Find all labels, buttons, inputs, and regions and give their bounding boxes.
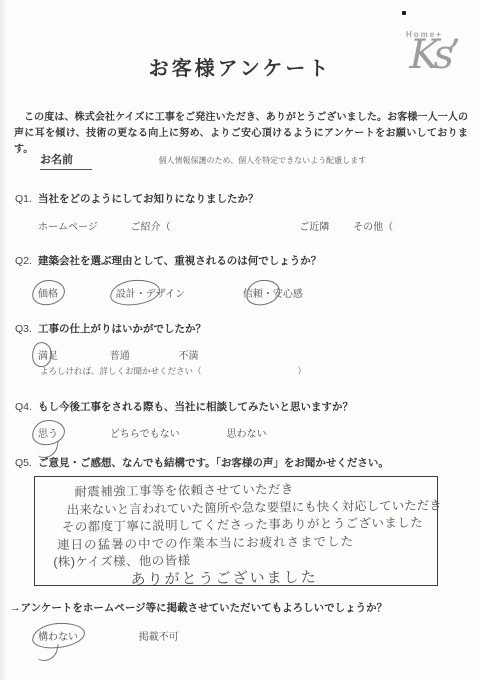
question-1-options: ホームページ ご紹介（ ご近隣 その他（ <box>38 218 393 233</box>
option-homepage: ホームページ <box>38 218 98 233</box>
question-3-detail-note: よろしければ、詳しくお聞かせください（） <box>40 365 306 377</box>
comment-line: ありがとうございました <box>130 567 437 588</box>
publish-permission-options: 構わない 掲載不可 <box>38 628 179 643</box>
option-publish-no: 掲載不可 <box>139 628 179 643</box>
question-5: Q5.ご意見・ご感想、なんでも結構です。「お客様の声」をお聞かせください。 <box>15 455 475 470</box>
question-2: Q2.建築会社を選ぶ理由として、重視されるのは何でしょうか？ <box>15 253 475 268</box>
question-2-id: Q2. <box>15 255 38 267</box>
question-1: Q1.当社をどのようにしてお知りになりましたか？ <box>15 191 475 206</box>
option-normal: 普通 <box>110 347 130 362</box>
option-neighborhood: ご近隣 <box>299 218 329 233</box>
question-4-text: もし今後工事をされる際も、当社に相談してみたいと思いますか？ <box>38 401 353 413</box>
question-1-text: 当社をどのようにしてお知りになりましたか？ <box>38 193 259 205</box>
question-2-text: 建築会社を選ぶ理由として、重視されるのは何でしょうか？ <box>38 255 321 267</box>
question-2-options: 価格 設計・デザイン 信頼・安心感 <box>38 285 303 300</box>
name-field-row: お名前 個人情報保護のため、個人を特定できないよう配慮します <box>40 150 470 170</box>
question-1-id: Q1. <box>15 193 38 205</box>
question-5-id: Q5. <box>15 457 38 469</box>
option-design: 設計・デザイン <box>116 285 185 300</box>
survey-sheet: Home+ Ks’ お客様アンケート この度は、株式会社ケイズに工事をご発注いた… <box>0 0 480 680</box>
option-neither: どちらでもない <box>110 425 180 440</box>
question-4: Q4.もし今後工事をされる際も、当社に相談してみたいと思いますか？ <box>15 399 475 414</box>
detail-note-close: ） <box>298 366 307 376</box>
option-price: 価格 <box>38 285 58 300</box>
privacy-note: 個人情報保護のため、個人を特定できないよう配慮します <box>158 156 366 165</box>
option-referral: ご紹介（ <box>131 218 171 233</box>
option-would-not: 思わない <box>226 425 266 440</box>
question-3: Q3.工事の仕上がりはいかがでしたか？ <box>15 321 475 336</box>
handwritten-comment: 耐震補強工事等を依頼させていただき 出来ないと言われていた箇所や急な要望にも快く… <box>34 480 437 590</box>
page-title: お客様アンケート <box>0 52 480 81</box>
question-5-text: ご意見・ご感想、なんでも結構です。「お客様の声」をお聞かせください。 <box>38 457 389 469</box>
option-dissatisfied: 不満 <box>179 347 199 362</box>
option-trust: 信頼・安心感 <box>243 285 303 300</box>
question-4-options: 思う どちらでもない 思わない <box>38 425 266 440</box>
question-3-text: 工事の仕上がりはいかがでしたか？ <box>38 323 206 335</box>
question-4-id: Q4. <box>15 401 38 413</box>
detail-note-open: よろしければ、詳しくお聞かせください（ <box>40 366 202 376</box>
scan-speck <box>402 11 406 15</box>
name-field-label: お名前 <box>40 151 92 170</box>
question-3-options: 満足 普通 不満 <box>38 347 199 362</box>
option-would-consult: 思う <box>38 425 58 440</box>
option-satisfied: 満足 <box>38 347 58 362</box>
option-publish-ok: 構わない <box>38 628 78 643</box>
publish-permission-question: →アンケートをホームページ等に掲載させていただいてもよろしいでしょうか？ <box>10 600 475 615</box>
customer-comment-box: 耐震補強工事等を依頼させていただき 出来ないと言われていた箇所や急な要望にも快く… <box>34 476 438 586</box>
option-other: その他（ <box>353 218 393 233</box>
question-3-id: Q3. <box>15 323 38 335</box>
